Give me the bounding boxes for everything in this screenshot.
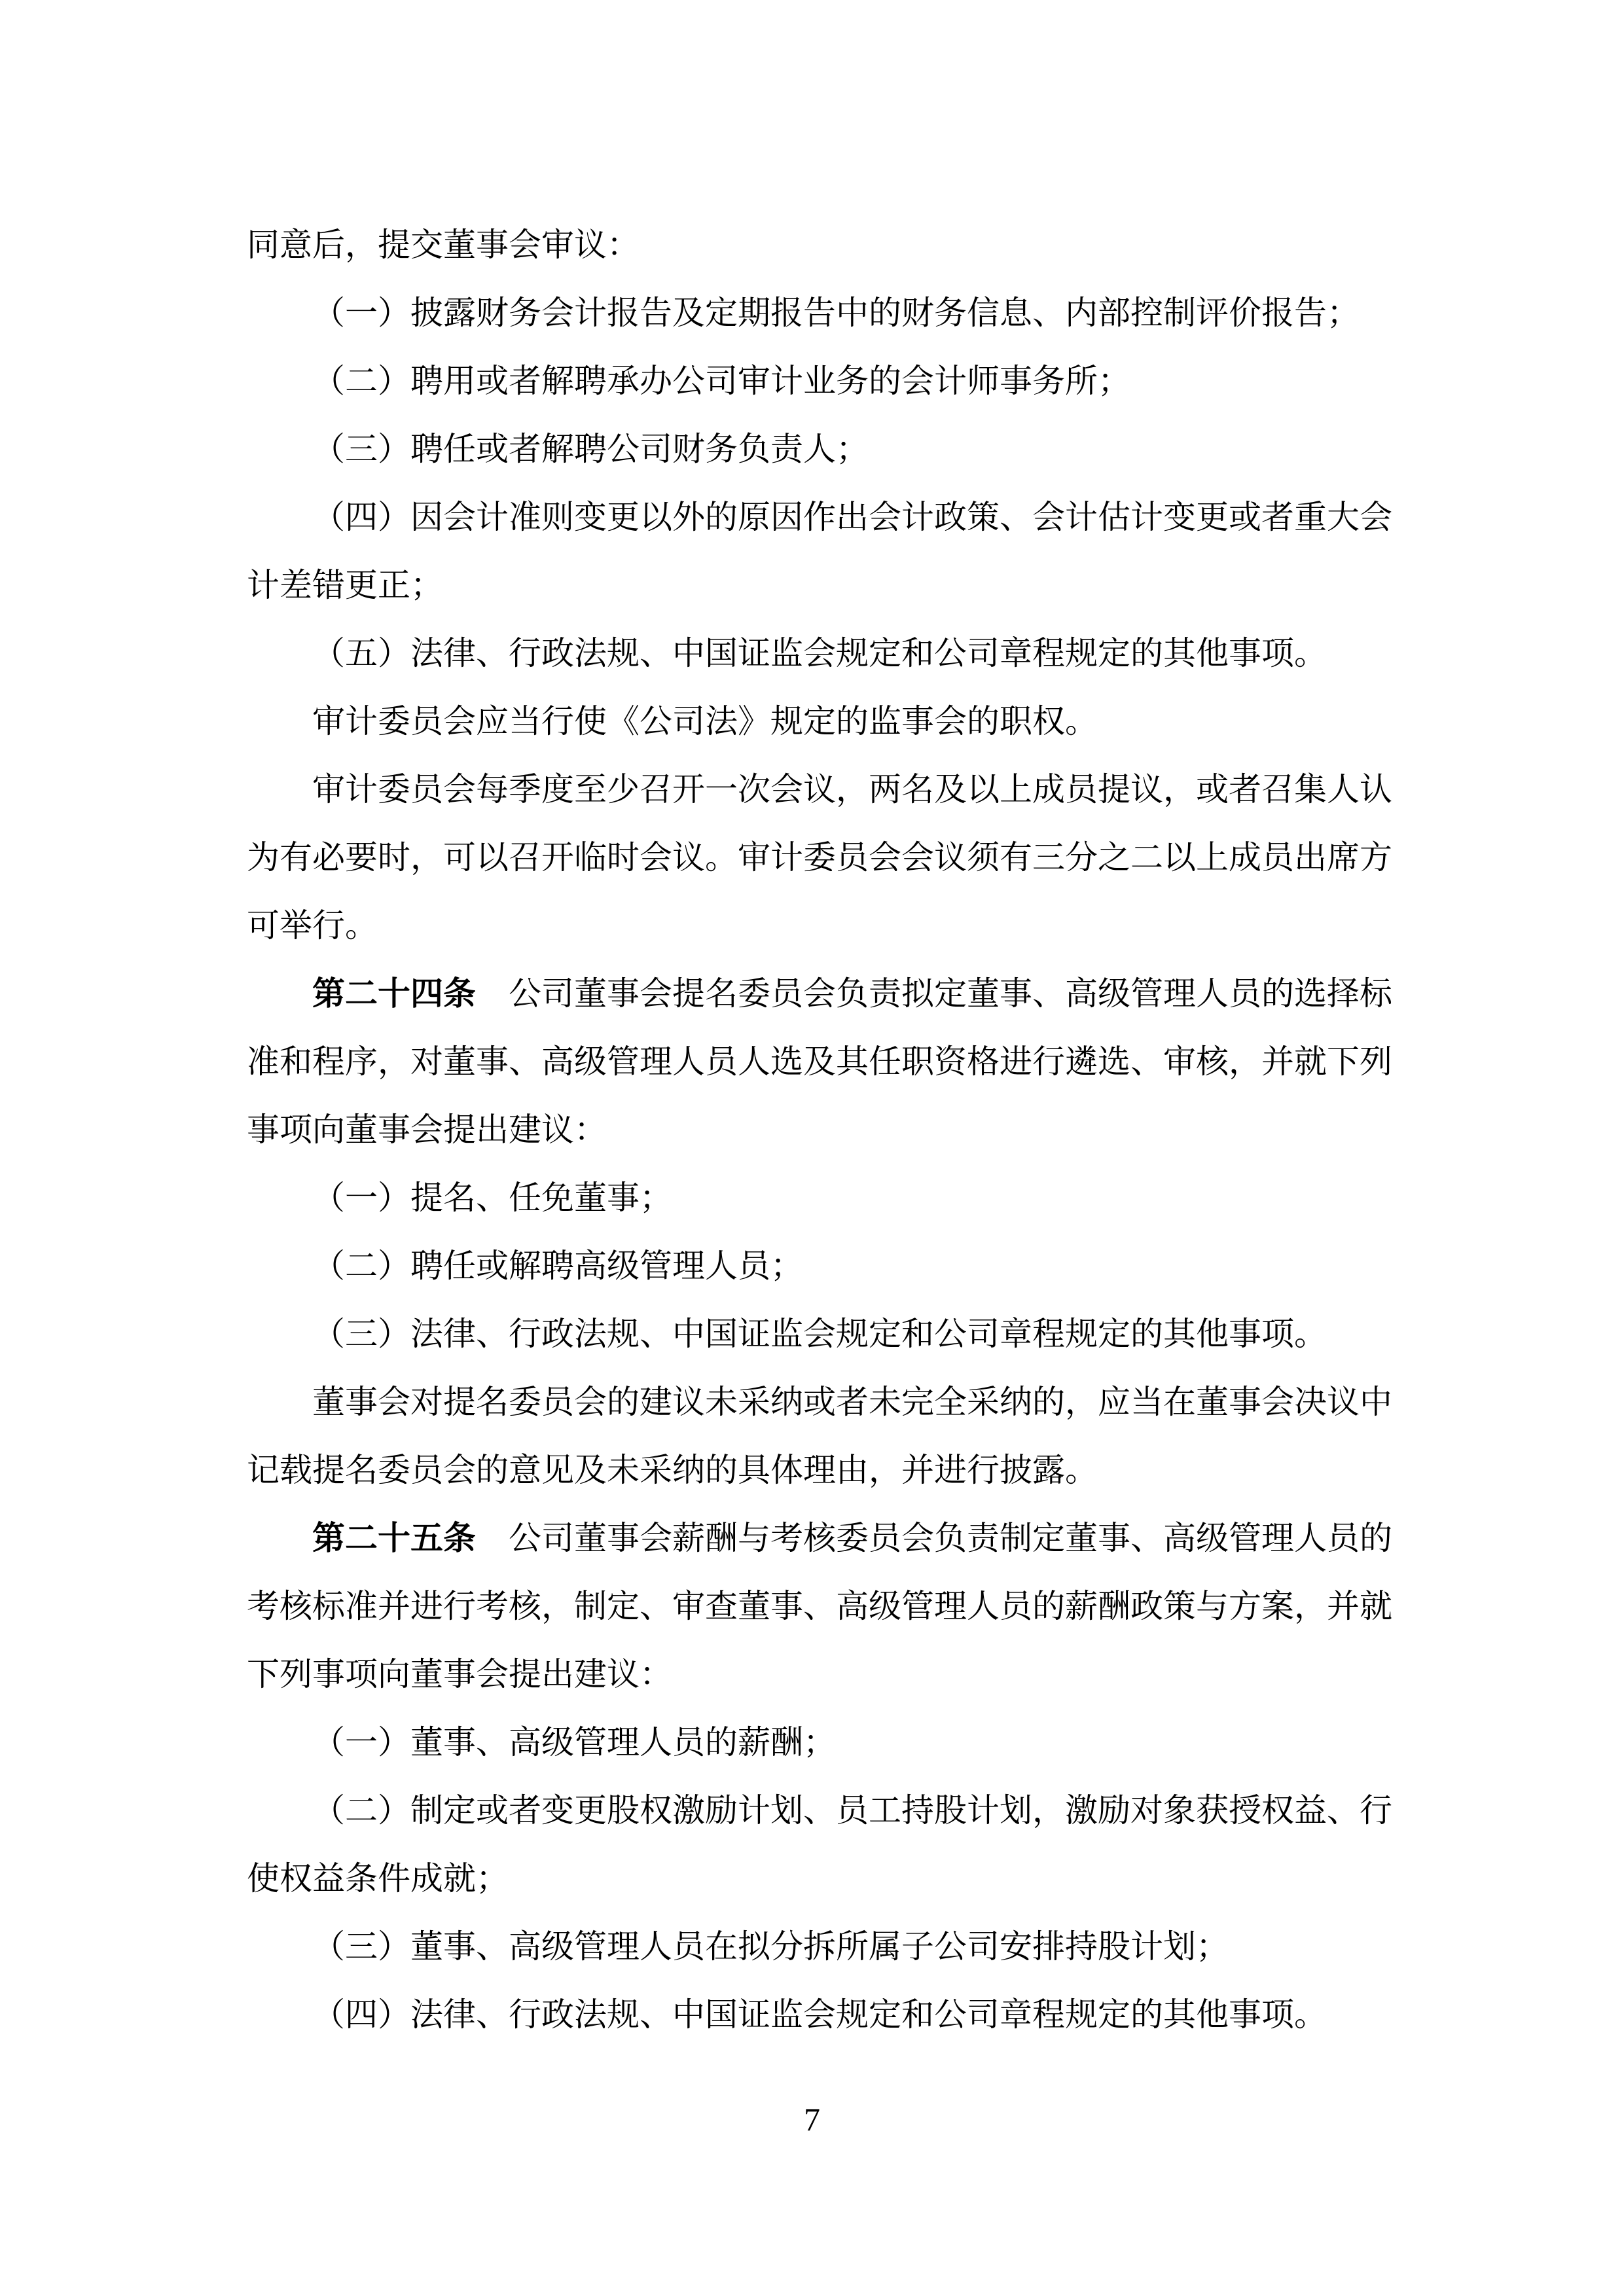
paragraph: （一）提名、任免董事；: [247, 1164, 1392, 1232]
paragraph: （一）董事、高级管理人员的薪酬；: [247, 1708, 1392, 1776]
paragraph-text: （二）制定或者变更股权激励计划、员工持股计划，激励对象获授权益、行使权益条件成就…: [247, 1792, 1392, 1897]
paragraph: （二）制定或者变更股权激励计划、员工持股计划，激励对象获授权益、行使权益条件成就…: [247, 1776, 1392, 1912]
paragraph: （三）法律、行政法规、中国证监会规定和公司章程规定的其他事项。: [247, 1300, 1392, 1368]
paragraph: 第二十五条 公司董事会薪酬与考核委员会负责制定董事、高级管理人员的考核标准并进行…: [247, 1504, 1392, 1708]
paragraph: （四）因会计准则变更以外的原因作出会计政策、会计估计变更或者重大会计差错更正；: [247, 483, 1392, 619]
paragraph-text: （二）聘任或解聘高级管理人员；: [312, 1247, 803, 1284]
document-page: 同意后，提交董事会审议：（一）披露财务会计报告及定期报告中的财务信息、内部控制评…: [0, 0, 1624, 2296]
paragraph: （二）聘用或者解聘承办公司审计业务的会计师事务所；: [247, 347, 1392, 415]
paragraph-text: （三）董事、高级管理人员在拟分拆所属子公司安排持股计划；: [312, 1928, 1229, 1965]
paragraph: 审计委员会每季度至少召开一次会议，两名及以上成员提议，或者召集人认为有必要时，可…: [247, 755, 1392, 960]
paragraph: （五）法律、行政法规、中国证监会规定和公司章程规定的其他事项。: [247, 619, 1392, 687]
paragraph: （一）披露财务会计报告及定期报告中的财务信息、内部控制评价报告；: [247, 279, 1392, 347]
paragraph-text: （二）聘用或者解聘承办公司审计业务的会计师事务所；: [312, 363, 1130, 399]
paragraph-text: 审计委员会应当行使《公司法》规定的监事会的职权。: [312, 703, 1098, 740]
paragraph-text: 同意后，提交董事会审议：: [247, 226, 640, 263]
article-number: 第二十五条: [312, 1520, 476, 1556]
article-number: 第二十四条: [312, 975, 476, 1012]
paragraph: （二）聘任或解聘高级管理人员；: [247, 1232, 1392, 1300]
paragraph: 审计委员会应当行使《公司法》规定的监事会的职权。: [247, 687, 1392, 755]
paragraph: （三）董事、高级管理人员在拟分拆所属子公司安排持股计划；: [247, 1912, 1392, 1981]
paragraph: 同意后，提交董事会审议：: [247, 211, 1392, 279]
paragraph-text: （四）因会计准则变更以外的原因作出会计政策、会计估计变更或者重大会计差错更正；: [247, 499, 1392, 603]
paragraph-text: （一）提名、任免董事；: [312, 1179, 672, 1216]
document-body-text: 同意后，提交董事会审议：（一）披露财务会计报告及定期报告中的财务信息、内部控制评…: [247, 211, 1392, 2049]
paragraph-text: （三）法律、行政法规、中国证监会规定和公司章程规定的其他事项。: [312, 1316, 1327, 1352]
paragraph-text: （一）董事、高级管理人员的薪酬；: [312, 1724, 836, 1761]
paragraph-text: （四）法律、行政法规、中国证监会规定和公司章程规定的其他事项。: [312, 1996, 1327, 2033]
paragraph: 董事会对提名委员会的建议未采纳或者未完全采纳的，应当在董事会决议中记载提名委员会…: [247, 1368, 1392, 1504]
paragraph: 第二十四条 公司董事会提名委员会负责拟定董事、高级管理人员的选择标准和程序，对董…: [247, 960, 1392, 1164]
paragraph-text: 董事会对提名委员会的建议未采纳或者未完全采纳的，应当在董事会决议中记载提名委员会…: [247, 1384, 1392, 1488]
paragraph-text: （三）聘任或者解聘公司财务负责人；: [312, 431, 869, 467]
paragraph: （四）法律、行政法规、中国证监会规定和公司章程规定的其他事项。: [247, 1981, 1392, 2049]
paragraph-text: （五）法律、行政法规、中国证监会规定和公司章程规定的其他事项。: [312, 635, 1327, 672]
paragraph: （三）聘任或者解聘公司财务负责人；: [247, 415, 1392, 483]
paragraph-text: 审计委员会每季度至少召开一次会议，两名及以上成员提议，或者召集人认为有必要时，可…: [247, 771, 1392, 944]
page-number: 7: [0, 2085, 1624, 2153]
paragraph-text: （一）披露财务会计报告及定期报告中的财务信息、内部控制评价报告；: [312, 295, 1360, 331]
